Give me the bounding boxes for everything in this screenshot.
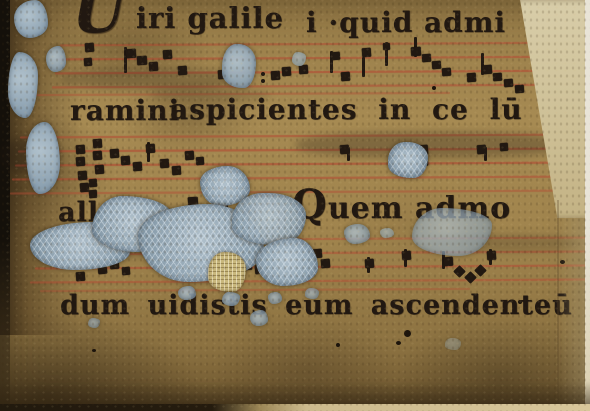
neume-punctum <box>477 145 487 155</box>
neume-punctum <box>331 52 341 61</box>
neume-punctum <box>340 145 350 155</box>
neume-diamond <box>453 265 466 278</box>
neume-punctum <box>98 265 108 275</box>
gray-spot <box>292 52 306 66</box>
left-page-edge <box>0 0 10 411</box>
staff-line <box>52 84 590 89</box>
ink-speck <box>396 341 401 345</box>
neume-punctum <box>483 65 493 75</box>
neume-punctum <box>196 157 205 166</box>
neume-diamond <box>474 264 487 277</box>
neume-punctum <box>362 48 372 58</box>
neume-stem <box>147 142 150 162</box>
damage-patch-textured <box>388 142 428 178</box>
neume-punctum <box>172 166 182 176</box>
ink-speck <box>336 343 340 347</box>
neume-punctum <box>89 179 98 188</box>
ink-speck <box>92 349 96 352</box>
neume-punctum <box>296 246 306 256</box>
neume-punctum <box>243 206 253 216</box>
left-margin-shading <box>0 0 80 335</box>
neume-punctum <box>122 267 131 276</box>
neume-diamond <box>464 271 477 284</box>
neume-punctum <box>515 85 525 94</box>
neume-punctum <box>222 257 232 267</box>
neume-punctum <box>467 73 477 83</box>
neume-dot <box>261 79 265 83</box>
top-right-page-corner <box>514 0 590 218</box>
neume-punctum <box>304 254 314 264</box>
neume-stem <box>481 53 484 75</box>
staff-line <box>35 265 590 270</box>
neume-punctum <box>137 56 148 66</box>
neume-punctum <box>271 71 281 81</box>
neume-stem <box>347 147 350 161</box>
neume-stem <box>414 37 417 57</box>
neume-punctum <box>365 259 375 269</box>
neume-stem <box>484 147 487 161</box>
neume-punctum <box>126 49 137 59</box>
staff-line <box>30 279 588 284</box>
neume-punctum <box>95 165 105 175</box>
neume-punctum <box>383 43 390 50</box>
neume-punctum <box>93 139 103 149</box>
neume-punctum <box>146 144 156 154</box>
text-line3-left: alle <box>58 197 117 228</box>
staff-line <box>20 134 590 139</box>
neume-stem <box>442 251 445 269</box>
neume-stem <box>225 199 228 213</box>
neume-punctum <box>80 183 90 193</box>
ghost-erasure <box>60 68 240 90</box>
neume-punctum <box>299 65 309 75</box>
text-line1-right: i ·quid admi <box>306 6 506 39</box>
text-line3-right: Quem admo <box>292 190 511 226</box>
neume-punctum <box>321 259 331 269</box>
text-line2-left: ramini <box>70 94 180 127</box>
gray-spot <box>445 338 461 350</box>
neume-stem <box>489 249 492 265</box>
damage-patch-textured <box>256 238 318 286</box>
staff-line <box>38 251 590 256</box>
bottom-shadow <box>0 381 590 405</box>
neume-punctum <box>149 62 159 72</box>
neume-punctum <box>228 252 238 262</box>
neume-stem <box>367 257 370 273</box>
neume-punctum <box>243 261 253 271</box>
neume-punctum <box>487 251 497 261</box>
neume-punctum <box>432 61 442 70</box>
manuscript-page: U iri galile i ·quid admi ramini aspicie… <box>0 0 590 411</box>
neume-punctum <box>418 157 429 167</box>
neume-punctum <box>444 257 454 267</box>
damage-patch-textured <box>138 204 264 282</box>
staff-line <box>12 175 590 180</box>
neume-punctum <box>240 247 250 257</box>
neume-punctum <box>500 143 509 152</box>
text-line1-left: iri galile <box>136 1 284 35</box>
neume-punctum <box>255 265 265 275</box>
neume-punctum <box>163 50 173 60</box>
neume-punctum <box>188 197 199 208</box>
neume-punctum <box>504 79 514 88</box>
gray-spot <box>380 228 394 238</box>
neume-punctum <box>185 151 195 161</box>
vertical-fold-crease <box>557 200 559 411</box>
ink-speck <box>404 330 411 337</box>
neume-punctum <box>442 68 452 77</box>
neume-punctum <box>493 73 503 82</box>
neume-punctum <box>212 249 222 259</box>
neume-punctum <box>110 260 120 270</box>
bottom-page-edge <box>0 404 590 411</box>
initial-letter: U <box>72 0 126 47</box>
staff-line <box>58 56 590 61</box>
damage-patch-textured <box>200 166 250 206</box>
neume-punctum <box>282 67 292 77</box>
neume-punctum <box>268 257 277 266</box>
neume-stem <box>124 47 127 73</box>
staff-line <box>55 70 590 75</box>
neume-punctum <box>218 70 229 80</box>
right-page-edge <box>585 0 590 411</box>
neume-stem <box>330 51 333 73</box>
neume-punctum <box>93 151 103 161</box>
staff-line <box>40 237 590 242</box>
neume-punctum <box>110 149 120 159</box>
staff-line <box>60 42 590 47</box>
neume-punctum <box>418 145 429 156</box>
damage-patch <box>344 224 370 244</box>
neume-punctum <box>84 58 93 67</box>
staff-line <box>18 148 590 153</box>
neume-punctum <box>341 72 351 82</box>
neume-punctum <box>402 251 412 261</box>
neume-punctum <box>160 159 170 169</box>
neume-punctum <box>178 66 188 76</box>
text-line2-right: aspicientes in ce lū <box>170 93 523 126</box>
neume-punctum <box>87 259 97 269</box>
neume-dot <box>261 72 265 76</box>
neume-stem <box>404 249 407 267</box>
ghost-erasure <box>295 132 570 158</box>
damage-patch <box>222 44 256 88</box>
ink-speck <box>432 86 436 90</box>
neume-punctum <box>121 156 131 166</box>
neume-punctum <box>422 54 432 63</box>
neume-stem <box>385 42 388 66</box>
staff-line <box>15 161 590 166</box>
repair-patch <box>208 252 246 292</box>
neume-punctum <box>133 162 143 172</box>
text-line4: dum uidistis eum ascendenteū <box>60 290 573 321</box>
neume-punctum <box>411 47 422 57</box>
neume-punctum <box>283 251 293 261</box>
neume-stem <box>362 57 365 77</box>
neume-punctum <box>313 249 323 259</box>
neume-punctum <box>214 267 223 276</box>
